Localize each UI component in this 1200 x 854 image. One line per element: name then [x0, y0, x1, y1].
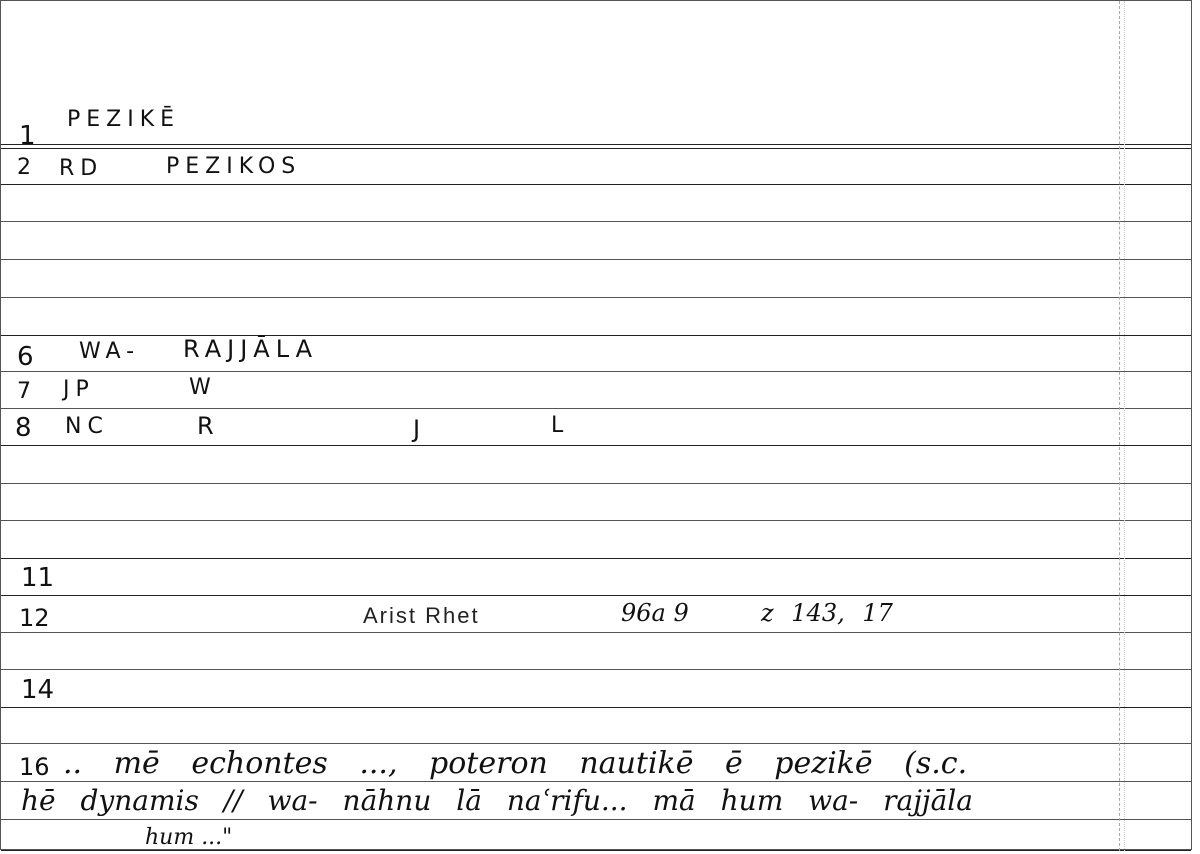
- line-number: 8: [15, 415, 32, 441]
- quotation-line-3: hum ...": [145, 827, 232, 849]
- line-number: 11: [21, 565, 54, 591]
- ruled-line: [1, 632, 1191, 633]
- line-label: JP: [63, 379, 95, 401]
- source-citation: Arist Rhet: [363, 605, 480, 627]
- line-number: 7: [17, 381, 31, 403]
- ruled-line: [1, 595, 1191, 596]
- lemma-form: PEZIKOS: [166, 156, 301, 178]
- ruled-line: [1, 850, 1191, 851]
- ruled-line: [1, 144, 1191, 145]
- line-label: RD: [59, 158, 103, 180]
- index-card: 1 PEZIKĒ 2 RD PEZIKOS 6 WA- RAJJĀLA 7 JP…: [0, 0, 1192, 850]
- root-letter: W: [189, 377, 217, 399]
- ruled-line: [1, 819, 1191, 820]
- arabic-transliteration: RAJJĀLA: [183, 337, 318, 361]
- ruled-line: [1, 743, 1191, 744]
- ruled-line: [1, 558, 1191, 559]
- ruled-line: [1, 445, 1191, 446]
- ruled-line: [1, 483, 1191, 484]
- ruled-line: [1, 221, 1191, 222]
- ruled-line: [1, 148, 1191, 149]
- root-letter: L: [551, 415, 569, 437]
- ruled-line: [1, 297, 1191, 298]
- ruled-line: [1, 259, 1191, 260]
- line-number: 6: [17, 344, 34, 370]
- lemma-word: PEZIKĒ: [67, 109, 180, 131]
- ruled-line: [1, 520, 1191, 521]
- line-number: 16: [19, 755, 50, 779]
- ruled-line: [1, 184, 1191, 185]
- edition-reference: z 143, 17: [761, 601, 893, 625]
- line-number: 2: [17, 157, 31, 179]
- line-number: 14: [21, 677, 54, 703]
- line-number: 12: [19, 606, 50, 630]
- root-letter: J: [413, 417, 426, 441]
- ruled-line: [1, 371, 1191, 372]
- quotation-line-1: .. mē echontes ..., poteron nautikē ē pe…: [63, 749, 967, 779]
- line-label: NC: [65, 416, 109, 438]
- ruled-line: [1, 408, 1191, 409]
- ruled-line: [1, 669, 1191, 670]
- margin-line: [1124, 1, 1125, 851]
- ruled-line: [1, 707, 1191, 708]
- margin-line: [1119, 1, 1120, 851]
- bekker-reference: 96a 9: [621, 601, 689, 625]
- quotation-line-2: hē dynamis // wa- nāhnu lā naʿrifu... mā…: [21, 787, 973, 815]
- ruled-line: [1, 781, 1191, 782]
- line-number: 1: [19, 123, 36, 149]
- line-label: WA-: [79, 341, 140, 363]
- root-letter: R: [197, 414, 220, 438]
- ruled-line: [1, 335, 1191, 336]
